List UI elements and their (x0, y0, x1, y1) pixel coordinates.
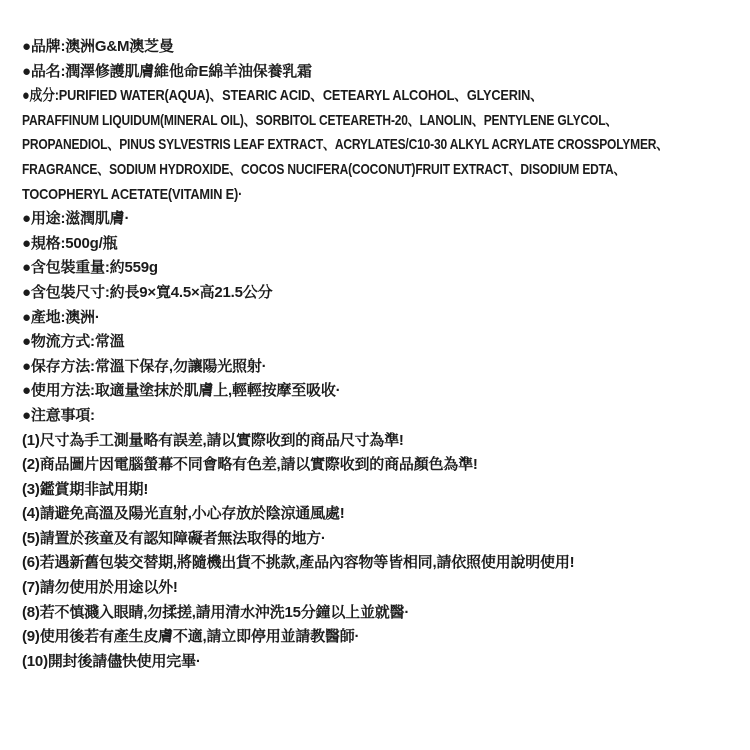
notice-item: (5)請置於孩童及有認知障礙者無法取得的地方· (22, 527, 740, 552)
notice-item: (10)開封後請儘快使用完畢· (22, 650, 740, 675)
notice-item: (8)若不慎濺入眼睛,勿揉搓,請用清水沖洗15分鐘以上並就醫· (22, 601, 740, 626)
directions-line: ●使用方法:取適量塗抹於肌膚上,輕輕按摩至吸收· (22, 379, 740, 404)
product-description: ●品牌:澳洲G&M澳芝曼 ●品名:潤澤修護肌膚維他命E綿羊油保養乳霜 ●成分:P… (22, 35, 740, 674)
ingredients-line: ●成分:PURIFIED WATER(AQUA)、STEARIC ACID、CE… (22, 84, 632, 109)
notice-item: (9)使用後若有產生皮膚不適,請立即停用並請教醫師· (22, 625, 740, 650)
notice-item: (2)商品圖片因電腦螢幕不同會略有色差,請以實際收到的商品顏色為準! (22, 453, 740, 478)
ingredients-line: PARAFFINUM LIQUIDUM(MINERAL OIL)、SORBITO… (22, 109, 596, 134)
notice-item: (7)請勿使用於用途以外! (22, 576, 740, 601)
usage-line: ●用途:滋潤肌膚· (22, 207, 740, 232)
logistics-line: ●物流方式:常溫 (22, 330, 740, 355)
ingredients-line: TOCOPHERYL ACETATE(VITAMIN E)· (22, 183, 632, 208)
product-name-line: ●品名:潤澤修護肌膚維他命E綿羊油保養乳霜 (22, 60, 740, 85)
notices-heading: ●注意事項: (22, 404, 740, 429)
notice-item: (4)請避免高溫及陽光直射,小心存放於陰涼通風處! (22, 502, 740, 527)
storage-line: ●保存方法:常溫下保存,勿讓陽光照射· (22, 355, 740, 380)
package-size-line: ●含包裝尺寸:約長9×寬4.5×高21.5公分 (22, 281, 740, 306)
package-weight-line: ●含包裝重量:約559g (22, 256, 740, 281)
notice-item: (1)尺寸為手工測量略有誤差,請以實際收到的商品尺寸為準! (22, 429, 740, 454)
ingredients-line: FRAGRANCE、SODIUM HYDROXIDE、COCOS NUCIFER… (22, 158, 596, 183)
spec-line: ●規格:500g/瓶 (22, 232, 740, 257)
product-description-page: ●品牌:澳洲G&M澳芝曼 ●品名:潤澤修護肌膚維他命E綿羊油保養乳霜 ●成分:P… (0, 0, 750, 750)
ingredients-line: PROPANEDIOL、PINUS SYLVESTRIS LEAF EXTRAC… (22, 133, 596, 158)
notice-item: (6)若遇新舊包裝交替期,將隨機出貨不挑款,產品內容物等皆相同,請依照使用說明使… (22, 551, 740, 576)
origin-line: ●產地:澳洲· (22, 306, 740, 331)
notice-item: (3)鑑賞期非試用期! (22, 478, 740, 503)
brand-line: ●品牌:澳洲G&M澳芝曼 (22, 35, 740, 60)
